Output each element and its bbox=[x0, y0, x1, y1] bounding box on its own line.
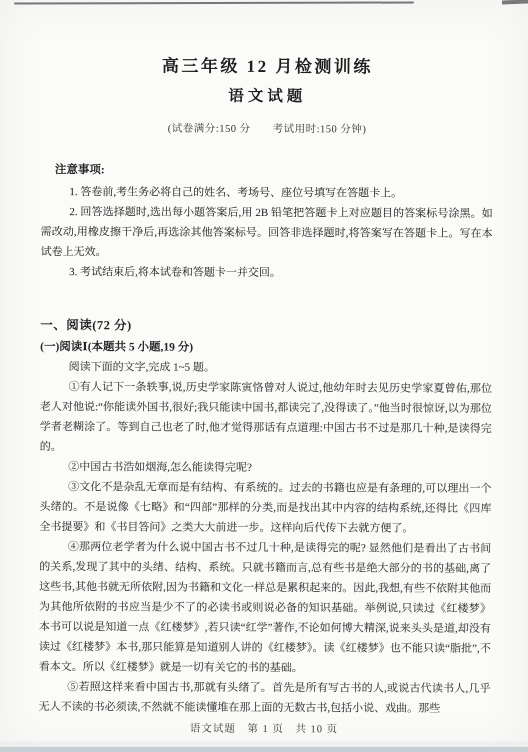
section-heading-reading: 一、阅读(72 分) bbox=[40, 315, 492, 338]
notice-item-1: 1. 答卷前,考生务必将自己的姓名、考场号、座位号填写在答题卡上。 bbox=[41, 182, 493, 204]
passage-paragraph-1: ①有人记下一条轶事,说,历史学家陈寅恪曾对人说过,他幼年时去见历史学家夏曾佑,那… bbox=[40, 377, 492, 459]
reading-passage: ①有人记下一条轶事,说,历史学家陈寅恪曾对人说过,他幼年时去见历史学家夏曾佑,那… bbox=[39, 377, 492, 719]
passage-paragraph-2: ②中国古书浩如烟海,怎么能读得完呢? bbox=[40, 457, 492, 479]
page-footer-pagination: 语文试题 第 1 页 共 10 页 bbox=[0, 720, 528, 737]
page-content: 高三年级 12 月检测训练 语文试题 (试卷满分:150 分 考试用时:150 … bbox=[39, 51, 494, 719]
passage-paragraph-4: ④那两位老学者为什么说中国古书不过几十种,是读得完的呢? 显然他们是看出了古书间… bbox=[39, 537, 492, 679]
notice-heading: 注意事项: bbox=[55, 160, 493, 182]
scan-edge-top-corner bbox=[502, 0, 528, 4]
notice-section: 注意事项: 1. 答卷前,考生务必将自己的姓名、考场号、座位号填写在答题卡上。 … bbox=[40, 160, 493, 284]
exam-paper-page: 高三年级 12 月检测训练 语文试题 (试卷满分:150 分 考试用时:150 … bbox=[0, 0, 528, 752]
notice-item-3: 3. 考试结束后,将本试卷和答题卡一并交回。 bbox=[40, 262, 492, 284]
notice-item-2: 2. 回答选择题时,选出每小题答案后,用 2B 铅笔把答题卡上对应题目的答案标号… bbox=[41, 202, 493, 264]
scan-edge-top-line bbox=[14, 1, 414, 4]
scan-edge-bottom-strip bbox=[0, 747, 528, 752]
exam-subject-title: 语文试题 bbox=[41, 83, 493, 107]
exam-title: 高三年级 12 月检测训练 bbox=[41, 51, 493, 78]
passage-paragraph-3: ③文化不是杂乱无章而是有结构、有系统的。过去的书籍也应是有条理的,可以理出一个头… bbox=[39, 477, 491, 539]
reading-instruction: 阅读下面的文字,完成 1~5 题。 bbox=[40, 357, 492, 379]
exam-score-duration-info: (试卷满分:150 分 考试用时:150 分钟) bbox=[41, 120, 493, 137]
subsection-heading-reading-1: (一)阅读Ⅰ(本题共 5 小题,19 分) bbox=[40, 337, 492, 359]
passage-paragraph-5: ⑤若照这样来看中国古书,那就有头绪了。首先是所有写古书的人,或说古代读书人,几乎… bbox=[39, 677, 491, 719]
